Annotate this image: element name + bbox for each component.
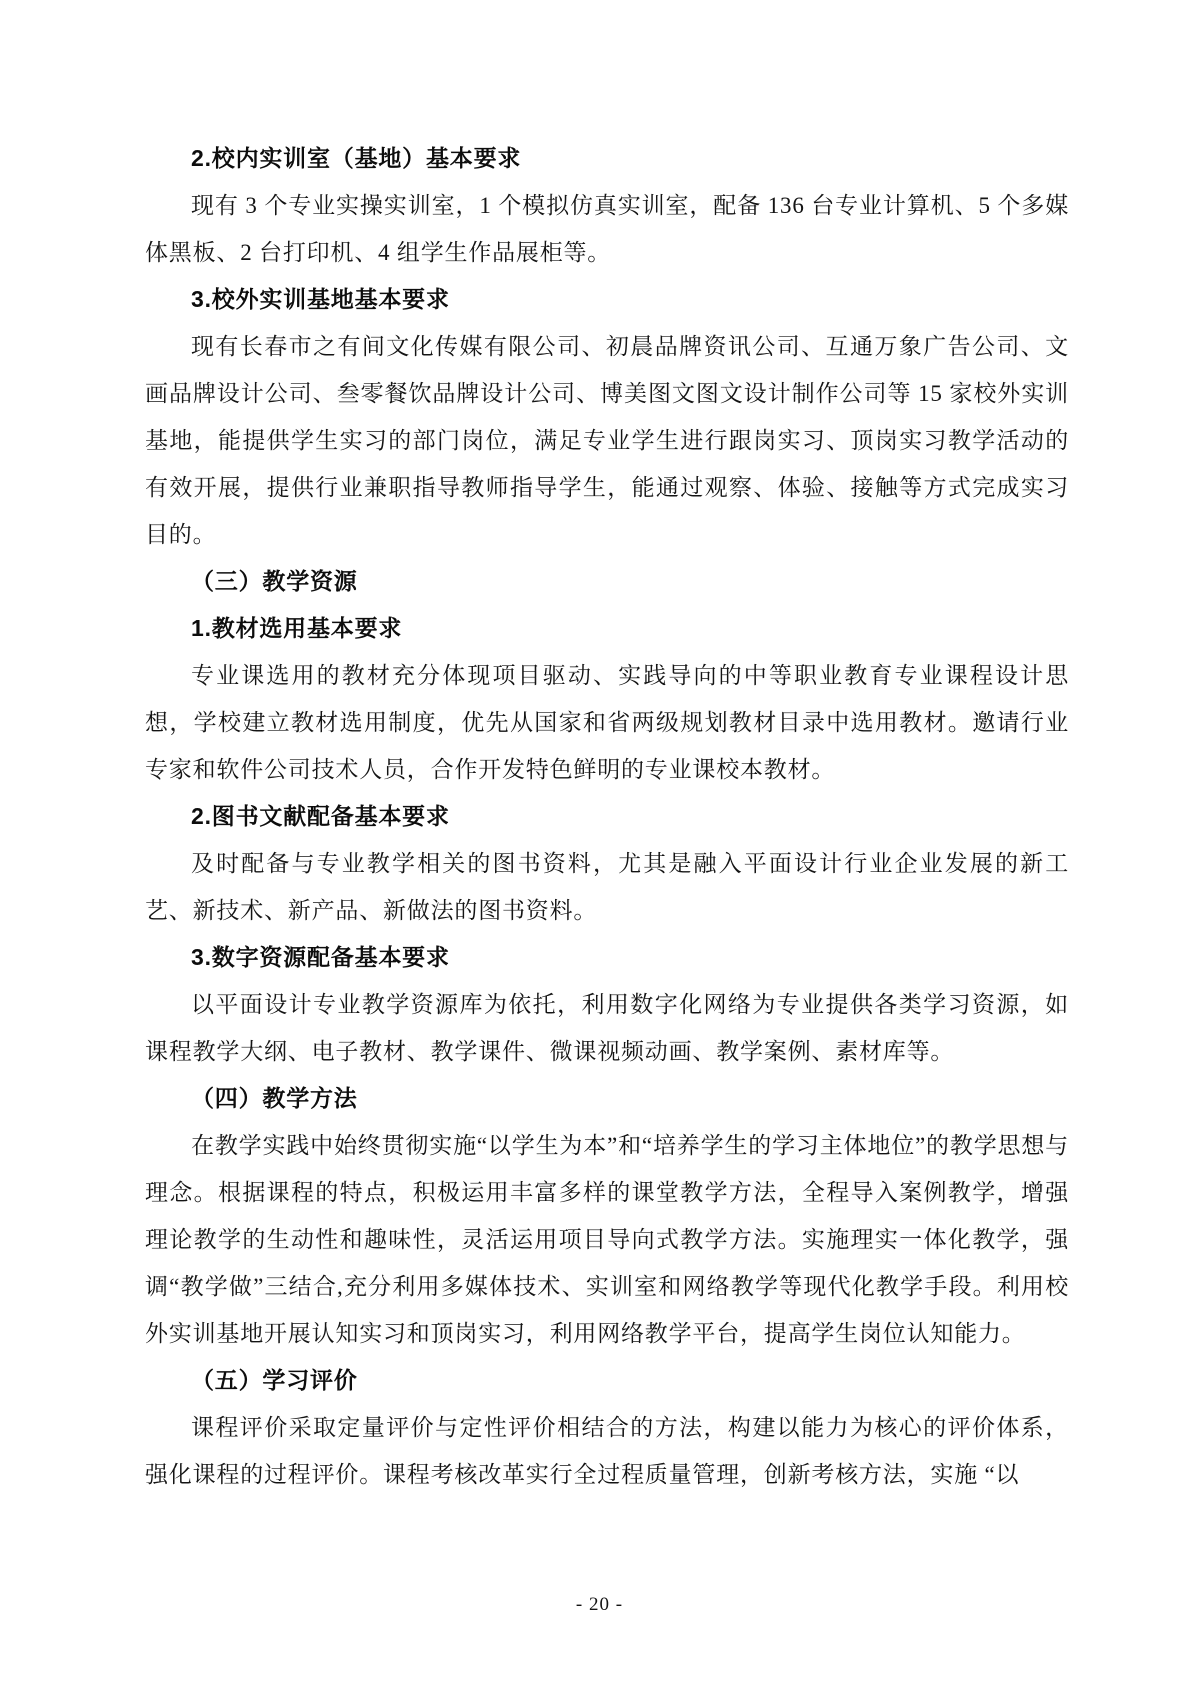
document-content: 2.校内实训室（基地）基本要求现有 3 个专业实操实训室，1 个模拟仿真实训室，… bbox=[145, 135, 1069, 1498]
section-heading: 2.图书文献配备基本要求 bbox=[145, 793, 1069, 840]
body-paragraph: 在教学实践中始终贯彻实施“以学生为本”和“培养学生的学习主体地位”的教学思想与理… bbox=[145, 1122, 1069, 1357]
section-heading: （三）教学资源 bbox=[145, 558, 1069, 605]
section-heading: （五）学习评价 bbox=[145, 1357, 1069, 1404]
body-paragraph: 专业课选用的教材充分体现项目驱动、实践导向的中等职业教育专业课程设计思想，学校建… bbox=[145, 652, 1069, 793]
body-paragraph: 现有 3 个专业实操实训室，1 个模拟仿真实训室，配备 136 台专业计算机、5… bbox=[145, 182, 1069, 276]
section-heading: 3.校外实训基地基本要求 bbox=[145, 276, 1069, 323]
body-paragraph: 现有长春市之有间文化传媒有限公司、初晨品牌资讯公司、互通万象广告公司、文画品牌设… bbox=[145, 323, 1069, 558]
section-heading: 2.校内实训室（基地）基本要求 bbox=[145, 135, 1069, 182]
section-heading: 1.教材选用基本要求 bbox=[145, 605, 1069, 652]
section-heading: 3.数字资源配备基本要求 bbox=[145, 934, 1069, 981]
section-heading: （四）教学方法 bbox=[145, 1075, 1069, 1122]
page-number: - 20 - bbox=[0, 1593, 1199, 1617]
document-page: 2.校内实训室（基地）基本要求现有 3 个专业实操实训室，1 个模拟仿真实训室，… bbox=[0, 0, 1199, 1696]
body-paragraph: 以平面设计专业教学资源库为依托，利用数字化网络为专业提供各类学习资源，如课程教学… bbox=[145, 981, 1069, 1075]
body-paragraph: 课程评价采取定量评价与定性评价相结合的方法，构建以能力为核心的评价体系，强化课程… bbox=[145, 1404, 1069, 1498]
body-paragraph: 及时配备与专业教学相关的图书资料，尤其是融入平面设计行业企业发展的新工艺、新技术… bbox=[145, 840, 1069, 934]
